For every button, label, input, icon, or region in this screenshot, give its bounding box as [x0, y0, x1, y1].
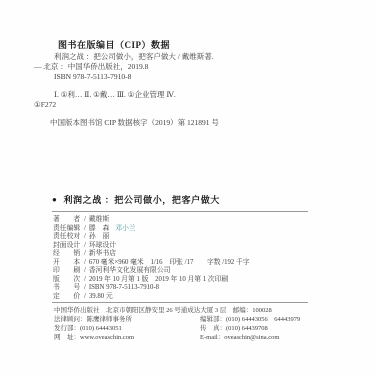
row-separator: /	[84, 267, 86, 276]
row-label: 封面设计	[53, 242, 81, 251]
publisher-address: 中国华侨出版社 北京市朝阳区静安里 26 号通成达大厦 3 层 邮编：10002…	[54, 306, 344, 315]
colophon-table: 著 者 / 戴维斯 责任编辑 / 滕 森 邓小兰 责任校对 / 孙 丽 封面设计…	[53, 216, 333, 301]
table-row: 责任校对 / 孙 丽	[53, 233, 333, 242]
cip-record-line: 中国版本图书馆 CIP 数据核字（2019）第 121891 号	[50, 118, 334, 128]
row-value: 滕 森	[89, 225, 109, 234]
row-value: 香河利华文化发展有限公司	[89, 267, 171, 276]
footer-row: 法律顾问：陈鹰律师事务所 编辑部：(010) 64443056 64443979	[54, 315, 344, 324]
row-value-secondary: 邓小兰	[115, 225, 135, 234]
table-row: 封面设计 / 环球设计	[53, 242, 333, 251]
legal-counsel: 法律顾问：陈鹰律师事务所	[54, 315, 200, 324]
row-value: 39.80 元	[89, 293, 113, 302]
table-row: 版 次 / 2019 年 10 月第 1 版 2019 年 10 月第 1 次印…	[53, 276, 333, 285]
row-value: 戴维斯	[89, 216, 109, 225]
table-row: 责任编辑 / 滕 森 邓小兰	[53, 225, 333, 234]
table-row: 印 刷 / 香河利华文化发展有限公司	[53, 267, 333, 276]
cip-classification-line: Ⅰ. ①利… Ⅱ. ①戴… Ⅲ. ①企业管理 Ⅳ.	[54, 90, 334, 100]
row-separator: /	[84, 225, 86, 234]
table-row: 开 本 / 670 毫米×960 毫米 1/16 印张 /17 字数 /192 …	[53, 259, 333, 268]
row-separator: /	[84, 293, 86, 302]
table-row: 经 销 / 新华书店	[53, 250, 333, 259]
cip-isbn-line: ISBN 978-7-5113-7910-8	[54, 72, 334, 82]
row-separator: /	[84, 276, 86, 285]
row-label: 版 次	[53, 276, 81, 285]
publisher-footer: 中国华侨出版社 北京市朝阳区静安里 26 号通成达大厦 3 层 邮编：10002…	[54, 306, 344, 342]
divider-top	[52, 211, 308, 212]
cip-block: 图书在版编目（CIP）数据 利润之战 ：把公司做小，把客户做大 / 戴维斯著. …	[34, 40, 334, 128]
website-url: 网 址：www.oveaschin.com	[54, 333, 200, 342]
book-copyright-page: 图书在版编目（CIP）数据 利润之战 ：把公司做小，把客户做大 / 戴维斯著. …	[0, 0, 375, 375]
table-row: 定 价 / 39.80 元	[53, 293, 333, 302]
fax-number: 传 真：(010) 64439708	[200, 324, 268, 333]
row-label: 责任编辑	[53, 225, 81, 234]
row-label: 著 者	[53, 216, 81, 225]
book-title: 利润之战 ：把公司做小，把客户做大	[63, 193, 219, 206]
bullet-icon: ●	[52, 196, 57, 204]
row-separator: /	[84, 216, 86, 225]
row-label: 责任校对	[53, 233, 81, 242]
row-value: ISBN 978-7-5113-7910-8	[89, 284, 159, 293]
cip-title-line: 利润之战 ：把公司做小，把客户做大 / 戴维斯著.	[54, 52, 334, 62]
distribution-phone: 发行部：(010) 64443051	[54, 324, 200, 333]
row-separator: /	[84, 233, 86, 242]
row-label: 印 刷	[53, 267, 81, 276]
table-row: 书 号 / ISBN 978-7-5113-7910-8	[53, 284, 333, 293]
row-separator: /	[84, 259, 86, 268]
row-separator: /	[84, 284, 86, 293]
row-value: 孙 丽	[89, 233, 109, 242]
divider-bottom	[52, 302, 308, 303]
book-title-bar: ● 利润之战 ：把公司做小，把客户做大	[52, 193, 220, 206]
cip-classification-code: ①F272	[34, 100, 334, 110]
footer-row: 网 址：www.oveaschin.com E-mail：oveaschin@s…	[54, 333, 344, 342]
row-label: 定 价	[53, 293, 81, 302]
row-label: 经 销	[53, 250, 81, 259]
row-label: 开 本	[53, 259, 81, 268]
row-separator: /	[84, 250, 86, 259]
row-label: 书 号	[53, 284, 81, 293]
table-row: 著 者 / 戴维斯	[53, 216, 333, 225]
cip-heading: 图书在版编目（CIP）数据	[58, 40, 334, 50]
row-value: 670 毫米×960 毫米 1/16 印张 /17 字数 /192 千字	[89, 259, 250, 268]
row-value: 2019 年 10 月第 1 版 2019 年 10 月第 1 次印刷	[89, 276, 228, 285]
cip-publisher-line: — 北京 ：中国华侨出版社，2019.8	[34, 62, 334, 72]
row-value: 环球设计	[89, 242, 116, 251]
row-value: 新华书店	[89, 250, 116, 259]
editorial-phone: 编辑部：(010) 64443056 64443979	[200, 315, 300, 324]
row-separator: /	[84, 242, 86, 251]
footer-row: 发行部：(010) 64443051 传 真：(010) 64439708	[54, 324, 344, 333]
email-address: E-mail：oveaschin@sina.com	[200, 333, 279, 342]
